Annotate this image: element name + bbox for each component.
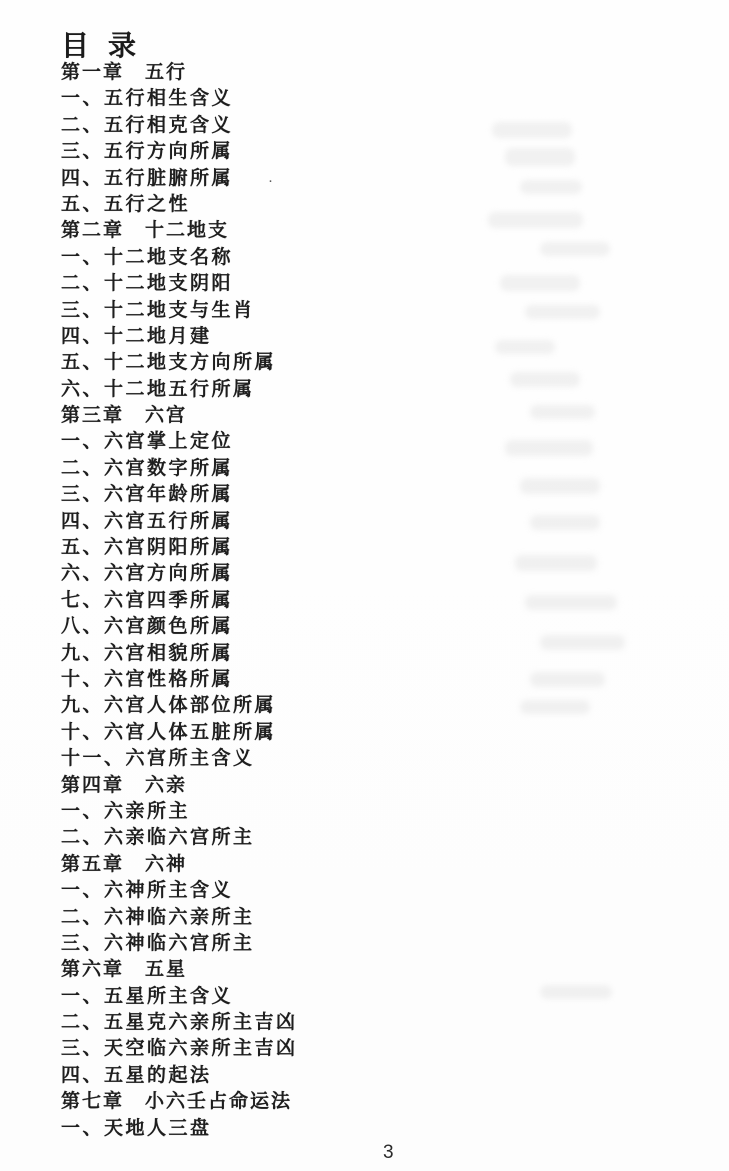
toc-item: 十、六宫性格所属	[61, 667, 681, 693]
scanned-page: 目 录 第一章 五行 一、五行相生含义 二、五行相克含义 三、五行方向所属 四、…	[0, 0, 729, 1171]
toc-item: 四、六宫五行所属	[61, 509, 681, 535]
toc-item: 三、十二地支与生肖	[61, 298, 681, 324]
toc-item: 八、六宫颜色所属	[61, 614, 681, 640]
toc-chapter: 第一章 五行	[61, 60, 681, 86]
toc-item: 三、六宫年龄所属	[61, 482, 681, 508]
toc-item: 一、六神所主含义	[61, 878, 681, 904]
toc-item: 一、天地人三盘	[61, 1116, 681, 1142]
toc-item: 六、十二地五行所属	[61, 377, 681, 403]
toc-chapter: 第四章 六亲	[61, 773, 681, 799]
toc-item: 三、六神临六宫所主	[61, 931, 681, 957]
toc-item: 二、十二地支阴阳	[61, 271, 681, 297]
toc-chapter: 第五章 六神	[61, 852, 681, 878]
toc-chapter: 第六章 五星	[61, 957, 681, 983]
toc-item: 五、六宫阴阳所属	[61, 535, 681, 561]
toc-chapter: 第三章 六宫	[61, 403, 681, 429]
toc-chapter: 第七章 小六壬占命运法	[61, 1089, 681, 1115]
toc-item: 九、六宫人体部位所属	[61, 693, 681, 719]
toc-item: 九、六宫相貌所属	[61, 641, 681, 667]
toc-item: 五、十二地支方向所属	[61, 350, 681, 376]
toc-item: 二、六宫数字所属	[61, 456, 681, 482]
toc-item: 二、六神临六亲所主	[61, 905, 681, 931]
toc-item: 三、五行方向所属	[61, 139, 681, 165]
page-number: 3	[383, 1142, 394, 1164]
toc-item: 七、六宫四季所属	[61, 588, 681, 614]
toc-item: 一、六亲所主	[61, 799, 681, 825]
toc-item: 二、六亲临六宫所主	[61, 825, 681, 851]
toc-chapter: 第二章 十二地支	[61, 218, 681, 244]
page-title: 目 录	[61, 24, 142, 64]
toc-item: 一、十二地支名称	[61, 245, 681, 271]
toc-item: 一、六宫掌上定位	[61, 429, 681, 455]
toc-item: 二、五星克六亲所主吉凶	[61, 1010, 681, 1036]
toc-item: 一、五行相生含义	[61, 86, 681, 112]
toc-item: 十、六宫人体五脏所属	[61, 720, 681, 746]
toc-item: 五、五行之性	[61, 192, 681, 218]
toc-item: 六、六宫方向所属	[61, 561, 681, 587]
toc-item: 四、五行脏腑所属	[61, 166, 681, 192]
scan-artifact-dot: ·	[268, 174, 273, 191]
toc-item: 一、五星所主含义	[61, 984, 681, 1010]
toc-item: 二、五行相克含义	[61, 113, 681, 139]
toc-item: 四、十二地月建	[61, 324, 681, 350]
toc-item: 十一、六宫所主含义	[61, 746, 681, 772]
toc-item: 三、天空临六亲所主吉凶	[61, 1036, 681, 1062]
table-of-contents: 第一章 五行 一、五行相生含义 二、五行相克含义 三、五行方向所属 四、五行脏腑…	[61, 60, 681, 1142]
toc-item: 四、五星的起法	[61, 1063, 681, 1089]
